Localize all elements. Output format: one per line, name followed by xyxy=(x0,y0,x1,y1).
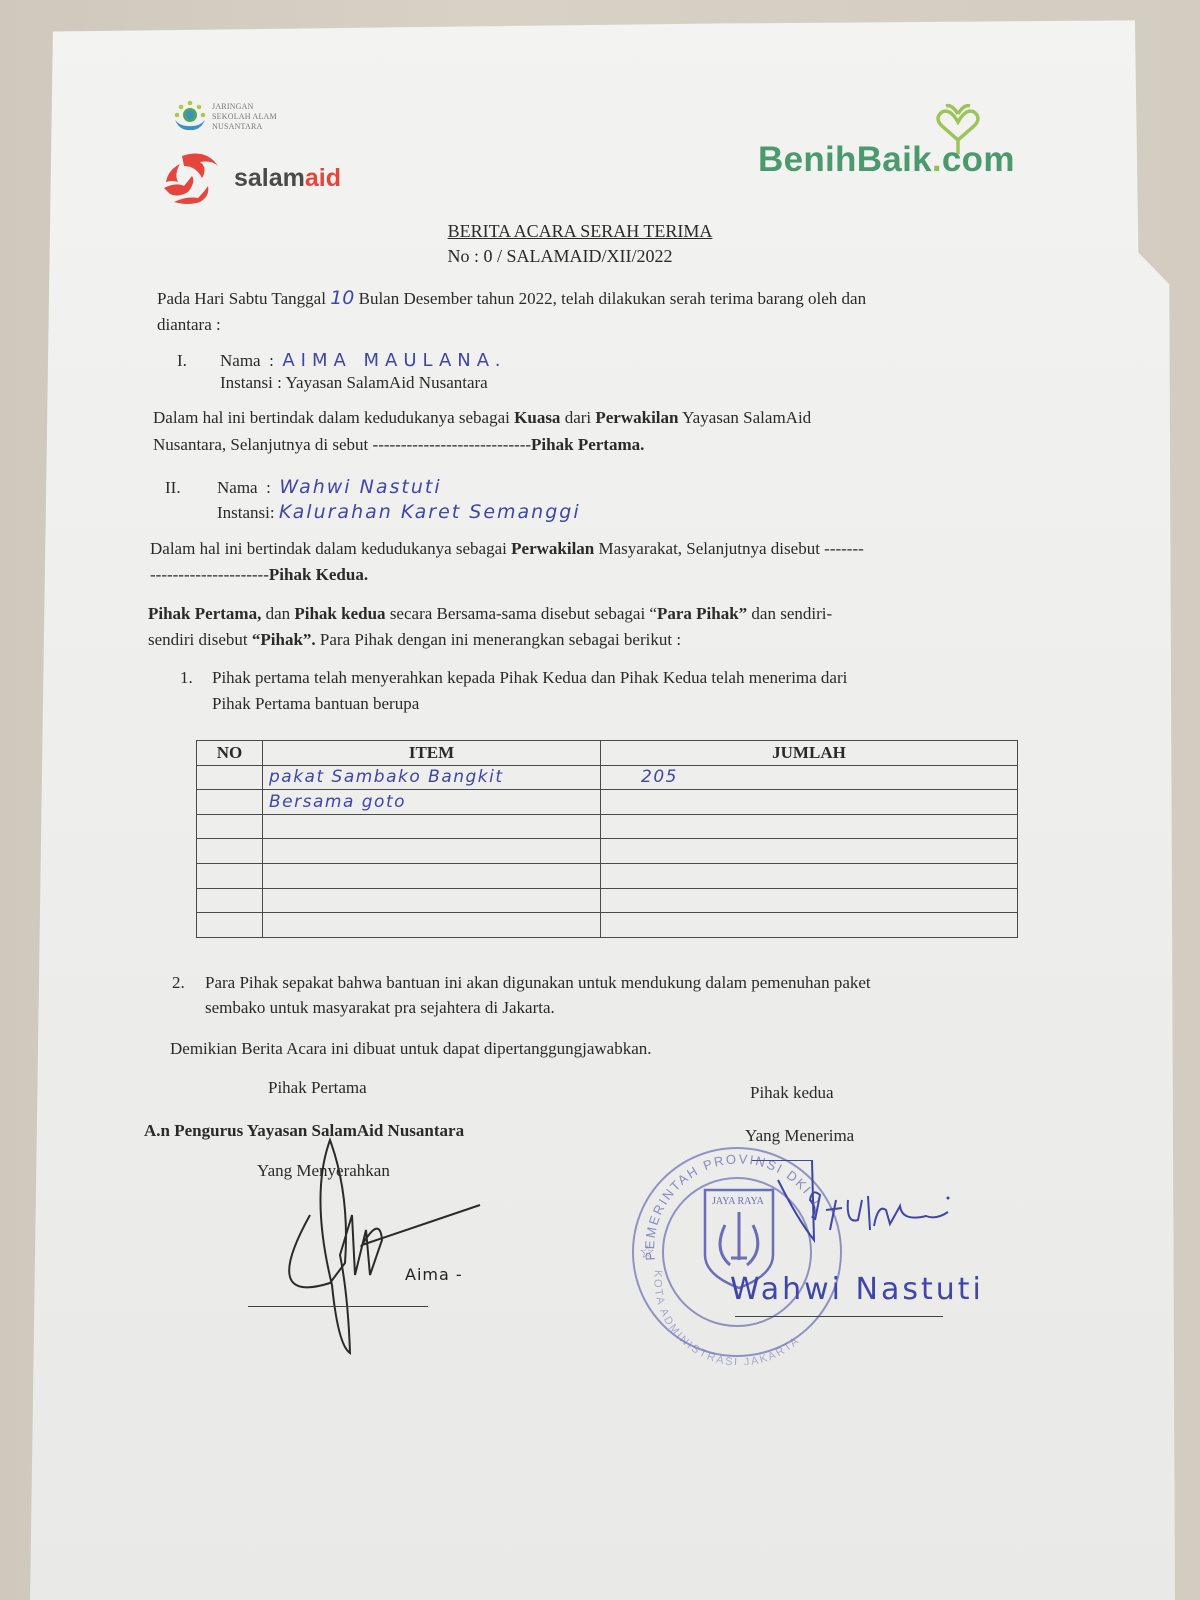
document-title: BERITA ACARA SERAH TERIMA xyxy=(0,219,1160,244)
party1-desc-kuasa: Kuasa xyxy=(514,408,560,427)
party1-name-value: AIMA MAULANA. xyxy=(282,350,506,371)
party2-numeral: II. xyxy=(165,475,181,500)
party1-numeral: I. xyxy=(177,348,187,373)
party1-instansi-label: Instansi xyxy=(220,373,273,392)
point2-line-1: Para Pihak sepakat bahwa bantuan ini aka… xyxy=(205,970,871,995)
point1-line-1: Pihak pertama telah menyerahkan kepada P… xyxy=(212,665,847,690)
party1-desc-d: Yayasan SalamAid xyxy=(678,408,811,427)
party2-instansi-label: Instansi xyxy=(217,503,270,522)
party1-desc-perwakilan: Perwakilan xyxy=(595,408,678,427)
intro-line-1: Pada Hari Sabtu Tanggal 10 Bulan Desembe… xyxy=(157,286,866,311)
stamp-star-icon: ☆ xyxy=(639,1242,655,1262)
party1-desc-a: Dalam hal ini bertindak dalam kedudukany… xyxy=(153,408,514,427)
cell-no xyxy=(197,913,263,938)
party2-role: Pihak Kedua. xyxy=(269,565,368,584)
benihbaik-dot: . xyxy=(932,140,942,179)
parties-line2-b: “Pihak”. xyxy=(252,630,316,649)
cell-item: pakat Sambako Bangkit xyxy=(263,765,601,790)
parties-d: secara Bersama-sama disebut sebagai “ xyxy=(386,604,657,623)
jsan-line-2: SEKOLAH ALAM xyxy=(212,112,277,122)
table-row xyxy=(197,814,1018,839)
intro-text-a: Pada Hari Sabtu Tanggal xyxy=(157,289,330,308)
cell-no xyxy=(197,814,263,839)
salamaid-word-part2: aid xyxy=(305,164,341,192)
benihbaik-main: BenihBaik xyxy=(758,140,932,179)
party1-role: Pihak Pertama. xyxy=(531,435,644,454)
party1-instansi-value: Yayasan SalamAid Nusantara xyxy=(285,373,487,392)
party1-desc-line-2: Nusantara, Selanjutnya di sebut --------… xyxy=(153,432,644,457)
benihbaik-logo: BenihBaik.com xyxy=(758,100,1058,190)
party2-desc-line2-text: --------------------- xyxy=(150,565,269,584)
parties-line-2: sendiri disebut “Pihak”. Para Pihak deng… xyxy=(148,627,681,652)
salamaid-wordmark: salamaid xyxy=(234,164,341,193)
party1-desc-c: dari xyxy=(560,408,595,427)
jsan-line-1: JARINGAN xyxy=(212,102,277,112)
parties-f: dan sendiri- xyxy=(747,604,832,623)
table-row xyxy=(197,863,1018,888)
cell-jumlah xyxy=(601,863,1018,888)
cell-item xyxy=(263,839,601,864)
table-header-row: NO ITEM JUMLAH xyxy=(197,741,1018,766)
sun-hands-icon xyxy=(172,100,208,134)
col-header-item: ITEM xyxy=(263,741,601,766)
party2-desc-a: Dalam hal ini bertindak dalam kedudukany… xyxy=(150,539,511,558)
table-row: pakat Sambako Bangkit205 xyxy=(197,765,1018,790)
table-row xyxy=(197,913,1018,938)
cell-no xyxy=(197,888,263,913)
cell-item: Bersama goto xyxy=(263,790,601,815)
intro-line-2: diantara : xyxy=(157,312,221,337)
benihbaik-wordmark: BenihBaik.com xyxy=(758,140,1015,180)
salamaid-hands-icon xyxy=(162,152,222,204)
party2-name-row: Nama : Wahwi Nastuti xyxy=(217,475,442,500)
cell-jumlah xyxy=(601,814,1018,839)
salamaid-word-part1: salam xyxy=(234,164,305,192)
sig-right-line xyxy=(735,1316,943,1317)
items-table: NO ITEM JUMLAH pakat Sambako Bangkit205B… xyxy=(196,740,1018,938)
sig-left-handwritten-name: Aima - xyxy=(405,1265,463,1284)
party2-desc-line-2: ---------------------Pihak Kedua. xyxy=(150,562,368,587)
closing-statement: Demikian Berita Acara ini dibuat untuk d… xyxy=(170,1036,652,1061)
cell-no xyxy=(197,863,263,888)
intro-text-b: Bulan Desember tahun 2022, telah dilakuk… xyxy=(354,289,866,308)
party2-instansi-value: Kalurahan Karet Semanggi xyxy=(279,501,581,523)
cell-item xyxy=(263,863,601,888)
sig-left-title: Pihak Pertama xyxy=(268,1075,367,1100)
cell-item xyxy=(263,888,601,913)
cell-jumlah xyxy=(601,790,1018,815)
cell-no xyxy=(197,765,263,790)
sig-right-title: Pihak kedua xyxy=(750,1080,834,1105)
party2-desc-line-1: Dalam hal ini bertindak dalam kedudukany… xyxy=(150,536,864,561)
handwritten-date: 10 xyxy=(330,287,354,309)
parties-b: dan xyxy=(261,604,294,623)
cell-no xyxy=(197,839,263,864)
parties-line2-a: sendiri disebut xyxy=(148,630,252,649)
point2-line-2: sembako untuk masyarakat pra sejahtera d… xyxy=(205,995,555,1020)
signature-left xyxy=(270,1135,500,1360)
party2-name-label: Nama xyxy=(217,478,258,497)
party1-instansi-row: Instansi : Yayasan SalamAid Nusantara xyxy=(220,370,488,395)
salamaid-logo: salamaid xyxy=(162,152,341,204)
parties-line2-c: Para Pihak dengan ini menerangkan sebaga… xyxy=(316,630,681,649)
parties-a: Pihak Pertama, xyxy=(148,604,261,623)
point1-number: 1. xyxy=(180,665,193,690)
table-body: pakat Sambako Bangkit205Bersama goto xyxy=(197,765,1018,937)
benihbaik-suffix: com xyxy=(942,140,1015,179)
cell-jumlah xyxy=(601,839,1018,864)
parties-e: Para Pihak” xyxy=(657,604,747,623)
table-row xyxy=(197,839,1018,864)
parties-c: Pihak kedua xyxy=(294,604,385,623)
document-header: BERITA ACARA SERAH TERIMA No : 0 / SALAM… xyxy=(0,219,1160,269)
cell-item xyxy=(263,913,601,938)
point2-number: 2. xyxy=(172,970,185,995)
point1-line-2: Pihak Pertama bantuan berupa xyxy=(212,691,419,716)
party1-desc-line-1: Dalam hal ini bertindak dalam kedudukany… xyxy=(153,405,811,430)
cell-jumlah xyxy=(601,913,1018,938)
document-number: No : 0 / SALAMAID/XII/2022 xyxy=(0,244,1160,269)
col-header-jumlah: JUMLAH xyxy=(601,741,1018,766)
cell-item xyxy=(263,814,601,839)
sig-left-line xyxy=(248,1306,428,1307)
party2-instansi-row: Instansi: Kalurahan Karet Semanggi xyxy=(217,500,581,525)
cell-jumlah xyxy=(601,888,1018,913)
cell-no xyxy=(197,790,263,815)
table-row xyxy=(197,888,1018,913)
cell-jumlah: 205 xyxy=(601,765,1018,790)
table-row: Bersama goto xyxy=(197,790,1018,815)
col-header-no: NO xyxy=(197,741,263,766)
parties-line-1: Pihak Pertama, dan Pihak kedua secara Be… xyxy=(148,601,832,626)
jsan-logo: JARINGAN SEKOLAH ALAM NUSANTARA xyxy=(172,100,277,134)
party2-desc-c: Masyarakat, Selanjutnya disebut ------- xyxy=(594,539,864,558)
party2-desc-perwakilan: Perwakilan xyxy=(511,539,594,558)
party2-name-value: Wahwi Nastuti xyxy=(279,476,441,498)
party1-name-label: Nama xyxy=(220,351,261,370)
jsan-line-3: NUSANTARA xyxy=(212,122,277,132)
sig-right-handwritten-name: Wahwi Nastuti xyxy=(730,1272,984,1307)
party1-desc-line2-text: Nusantara, Selanjutnya di sebut --------… xyxy=(153,435,531,454)
